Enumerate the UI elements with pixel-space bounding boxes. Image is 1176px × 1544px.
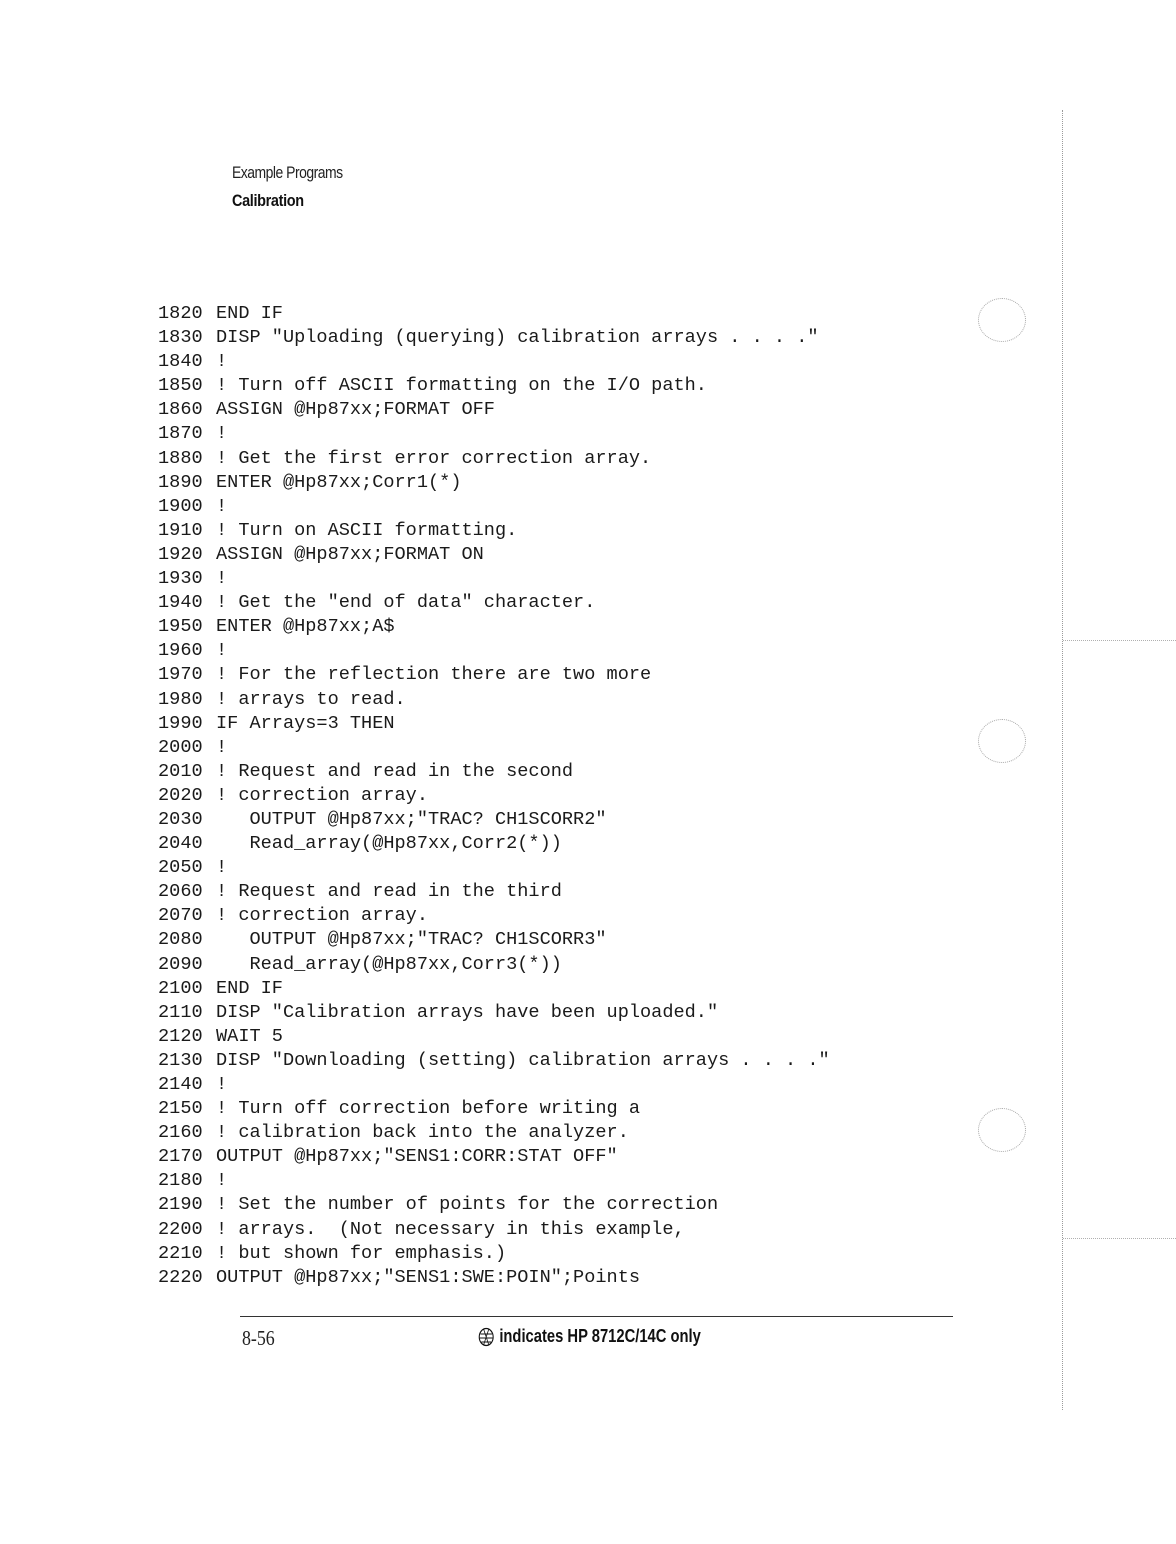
code-line: 2060! Request and read in the third xyxy=(158,880,830,904)
line-number: 1970 xyxy=(158,663,216,687)
line-number: 1850 xyxy=(158,374,216,398)
line-code: DISP "Uploading (querying) calibration a… xyxy=(216,327,819,348)
code-listing: 1820END IF1830DISP "Uploading (querying)… xyxy=(158,302,830,1290)
code-line: 2040 Read_array(@Hp87xx,Corr2(*)) xyxy=(158,832,830,856)
line-number: 1910 xyxy=(158,519,216,543)
line-number: 1900 xyxy=(158,495,216,519)
line-code: ! Turn off correction before writing a xyxy=(216,1098,640,1119)
line-code: ! correction array. xyxy=(216,785,428,806)
code-line: 1930! xyxy=(158,567,830,591)
line-number: 1840 xyxy=(158,350,216,374)
line-number: 2060 xyxy=(158,880,216,904)
line-code: ! xyxy=(216,351,227,372)
thumb-tab-mark xyxy=(1063,640,1176,641)
code-line: 1860ASSIGN @Hp87xx;FORMAT OFF xyxy=(158,398,830,422)
line-number: 2080 xyxy=(158,928,216,952)
line-code: ! arrays to read. xyxy=(216,689,406,710)
line-code: ! calibration back into the analyzer. xyxy=(216,1122,629,1143)
line-code: WAIT 5 xyxy=(216,1026,283,1047)
line-number: 1880 xyxy=(158,447,216,471)
code-line: 2160! calibration back into the analyzer… xyxy=(158,1121,830,1145)
code-line: 2140! xyxy=(158,1073,830,1097)
line-code: ! xyxy=(216,857,227,878)
line-number: 2070 xyxy=(158,904,216,928)
code-line: 2150! Turn off correction before writing… xyxy=(158,1097,830,1121)
code-line: 1880! Get the first error correction arr… xyxy=(158,447,830,471)
code-line: 2020! correction array. xyxy=(158,784,830,808)
line-number: 1920 xyxy=(158,543,216,567)
hp-8712c-14c-symbol-icon xyxy=(478,1327,494,1347)
line-number: 2130 xyxy=(158,1049,216,1073)
line-code: ! Turn on ASCII formatting. xyxy=(216,520,517,541)
line-code: DISP "Calibration arrays have been uploa… xyxy=(216,1002,718,1023)
code-line: 2120WAIT 5 xyxy=(158,1025,830,1049)
code-line: 1840! xyxy=(158,350,830,374)
code-line: 1940! Get the "end of data" character. xyxy=(158,591,830,615)
line-code: ! xyxy=(216,1170,227,1191)
line-number: 1990 xyxy=(158,712,216,736)
line-code: ! Turn off ASCII formatting on the I/O p… xyxy=(216,375,707,396)
line-code: ! Request and read in the third xyxy=(216,881,562,902)
code-line: 1870! xyxy=(158,422,830,446)
line-code: ! arrays. (Not necessary in this example… xyxy=(216,1219,685,1240)
line-number: 2140 xyxy=(158,1073,216,1097)
line-code: ASSIGN @Hp87xx;FORMAT OFF xyxy=(216,399,495,420)
line-number: 1950 xyxy=(158,615,216,639)
code-line: 2170OUTPUT @Hp87xx;"SENS1:CORR:STAT OFF" xyxy=(158,1145,830,1169)
code-line: 2190! Set the number of points for the c… xyxy=(158,1193,830,1217)
thumb-tab-mark xyxy=(1063,1238,1176,1239)
footnote: indicates HP 8712C/14C only xyxy=(478,1326,701,1347)
line-number: 2090 xyxy=(158,953,216,977)
line-number: 1890 xyxy=(158,471,216,495)
line-code: ! xyxy=(216,496,227,517)
line-code: ENTER @Hp87xx;A$ xyxy=(216,616,395,637)
line-code: OUTPUT @Hp87xx;"TRAC? CH1SCORR2" xyxy=(216,809,607,830)
code-line: 2080 OUTPUT @Hp87xx;"TRAC? CH1SCORR3" xyxy=(158,928,830,952)
line-number: 1830 xyxy=(158,326,216,350)
line-number: 2000 xyxy=(158,736,216,760)
section-title: Example Programs xyxy=(232,163,343,183)
line-code: ! Set the number of points for the corre… xyxy=(216,1194,718,1215)
line-number: 2110 xyxy=(158,1001,216,1025)
code-line: 1970! For the reflection there are two m… xyxy=(158,663,830,687)
code-line: 1920ASSIGN @Hp87xx;FORMAT ON xyxy=(158,543,830,567)
line-code: ! xyxy=(216,568,227,589)
line-code: OUTPUT @Hp87xx;"SENS1:CORR:STAT OFF" xyxy=(216,1146,618,1167)
line-code: ! but shown for emphasis.) xyxy=(216,1243,506,1264)
line-code: ! Get the "end of data" character. xyxy=(216,592,595,613)
line-number: 2200 xyxy=(158,1218,216,1242)
code-line: 2090 Read_array(@Hp87xx,Corr3(*)) xyxy=(158,953,830,977)
line-code: OUTPUT @Hp87xx;"SENS1:SWE:POIN";Points xyxy=(216,1267,640,1288)
line-code: END IF xyxy=(216,303,283,324)
line-code: DISP "Downloading (setting) calibration … xyxy=(216,1050,830,1071)
line-number: 2150 xyxy=(158,1097,216,1121)
chapter-title: Calibration xyxy=(232,191,347,211)
code-line: 1850! Turn off ASCII formatting on the I… xyxy=(158,374,830,398)
line-code: ! xyxy=(216,737,227,758)
line-number: 2010 xyxy=(158,760,216,784)
line-number: 1930 xyxy=(158,567,216,591)
line-number: 1940 xyxy=(158,591,216,615)
line-code: OUTPUT @Hp87xx;"TRAC? CH1SCORR3" xyxy=(216,929,607,950)
running-header: Example Programs Calibration xyxy=(232,163,367,211)
line-number: 2190 xyxy=(158,1193,216,1217)
line-number: 2100 xyxy=(158,977,216,1001)
code-line: 1820END IF xyxy=(158,302,830,326)
line-number: 1820 xyxy=(158,302,216,326)
code-line: 1890ENTER @Hp87xx;Corr1(*) xyxy=(158,471,830,495)
binder-hole xyxy=(978,298,1026,342)
line-number: 2180 xyxy=(158,1169,216,1193)
code-line: 1900! xyxy=(158,495,830,519)
code-line: 2180! xyxy=(158,1169,830,1193)
code-line: 1980! arrays to read. xyxy=(158,688,830,712)
line-code: IF Arrays=3 THEN xyxy=(216,713,395,734)
line-number: 2220 xyxy=(158,1266,216,1290)
line-number: 2120 xyxy=(158,1025,216,1049)
code-line: 2050! xyxy=(158,856,830,880)
page-footer: 8-56 indicates HP 8712C/14C only xyxy=(240,1324,953,1354)
code-line: 2220OUTPUT @Hp87xx;"SENS1:SWE:POIN";Poin… xyxy=(158,1266,830,1290)
line-number: 2040 xyxy=(158,832,216,856)
footer-rule xyxy=(240,1316,953,1317)
code-line: 2110DISP "Calibration arrays have been u… xyxy=(158,1001,830,1025)
code-line: 2030 OUTPUT @Hp87xx;"TRAC? CH1SCORR2" xyxy=(158,808,830,832)
line-code: ! xyxy=(216,640,227,661)
line-number: 1860 xyxy=(158,398,216,422)
line-code: END IF xyxy=(216,978,283,999)
line-code: Read_array(@Hp87xx,Corr2(*)) xyxy=(216,833,562,854)
line-code: ! Request and read in the second xyxy=(216,761,573,782)
line-code: ASSIGN @Hp87xx;FORMAT ON xyxy=(216,544,484,565)
code-line: 2010! Request and read in the second xyxy=(158,760,830,784)
code-line: 1960! xyxy=(158,639,830,663)
code-line: 2070! correction array. xyxy=(158,904,830,928)
line-code: ENTER @Hp87xx;Corr1(*) xyxy=(216,472,461,493)
line-number: 2030 xyxy=(158,808,216,832)
line-number: 2170 xyxy=(158,1145,216,1169)
code-line: 2210! but shown for emphasis.) xyxy=(158,1242,830,1266)
binder-hole xyxy=(978,1108,1026,1152)
line-number: 2160 xyxy=(158,1121,216,1145)
line-code: ! correction array. xyxy=(216,905,428,926)
page-number: 8-56 xyxy=(242,1326,275,1351)
code-line: 1830DISP "Uploading (querying) calibrati… xyxy=(158,326,830,350)
line-code: ! For the reflection there are two more xyxy=(216,664,651,685)
code-line: 1910! Turn on ASCII formatting. xyxy=(158,519,830,543)
code-line: 2000! xyxy=(158,736,830,760)
footnote-text: indicates HP 8712C/14C only xyxy=(499,1326,701,1347)
code-line: 2100END IF xyxy=(158,977,830,1001)
code-line: 1990IF Arrays=3 THEN xyxy=(158,712,830,736)
line-number: 1870 xyxy=(158,422,216,446)
line-number: 2210 xyxy=(158,1242,216,1266)
line-code: Read_array(@Hp87xx,Corr3(*)) xyxy=(216,954,562,975)
line-number: 1960 xyxy=(158,639,216,663)
page-edge-line xyxy=(1062,110,1063,1410)
line-code: ! Get the first error correction array. xyxy=(216,448,651,469)
line-code: ! xyxy=(216,423,227,444)
line-number: 2050 xyxy=(158,856,216,880)
line-number: 2020 xyxy=(158,784,216,808)
code-line: 2130DISP "Downloading (setting) calibrat… xyxy=(158,1049,830,1073)
code-line: 2200! arrays. (Not necessary in this exa… xyxy=(158,1218,830,1242)
code-line: 1950ENTER @Hp87xx;A$ xyxy=(158,615,830,639)
binder-hole xyxy=(978,719,1026,763)
line-code: ! xyxy=(216,1074,227,1095)
line-number: 1980 xyxy=(158,688,216,712)
